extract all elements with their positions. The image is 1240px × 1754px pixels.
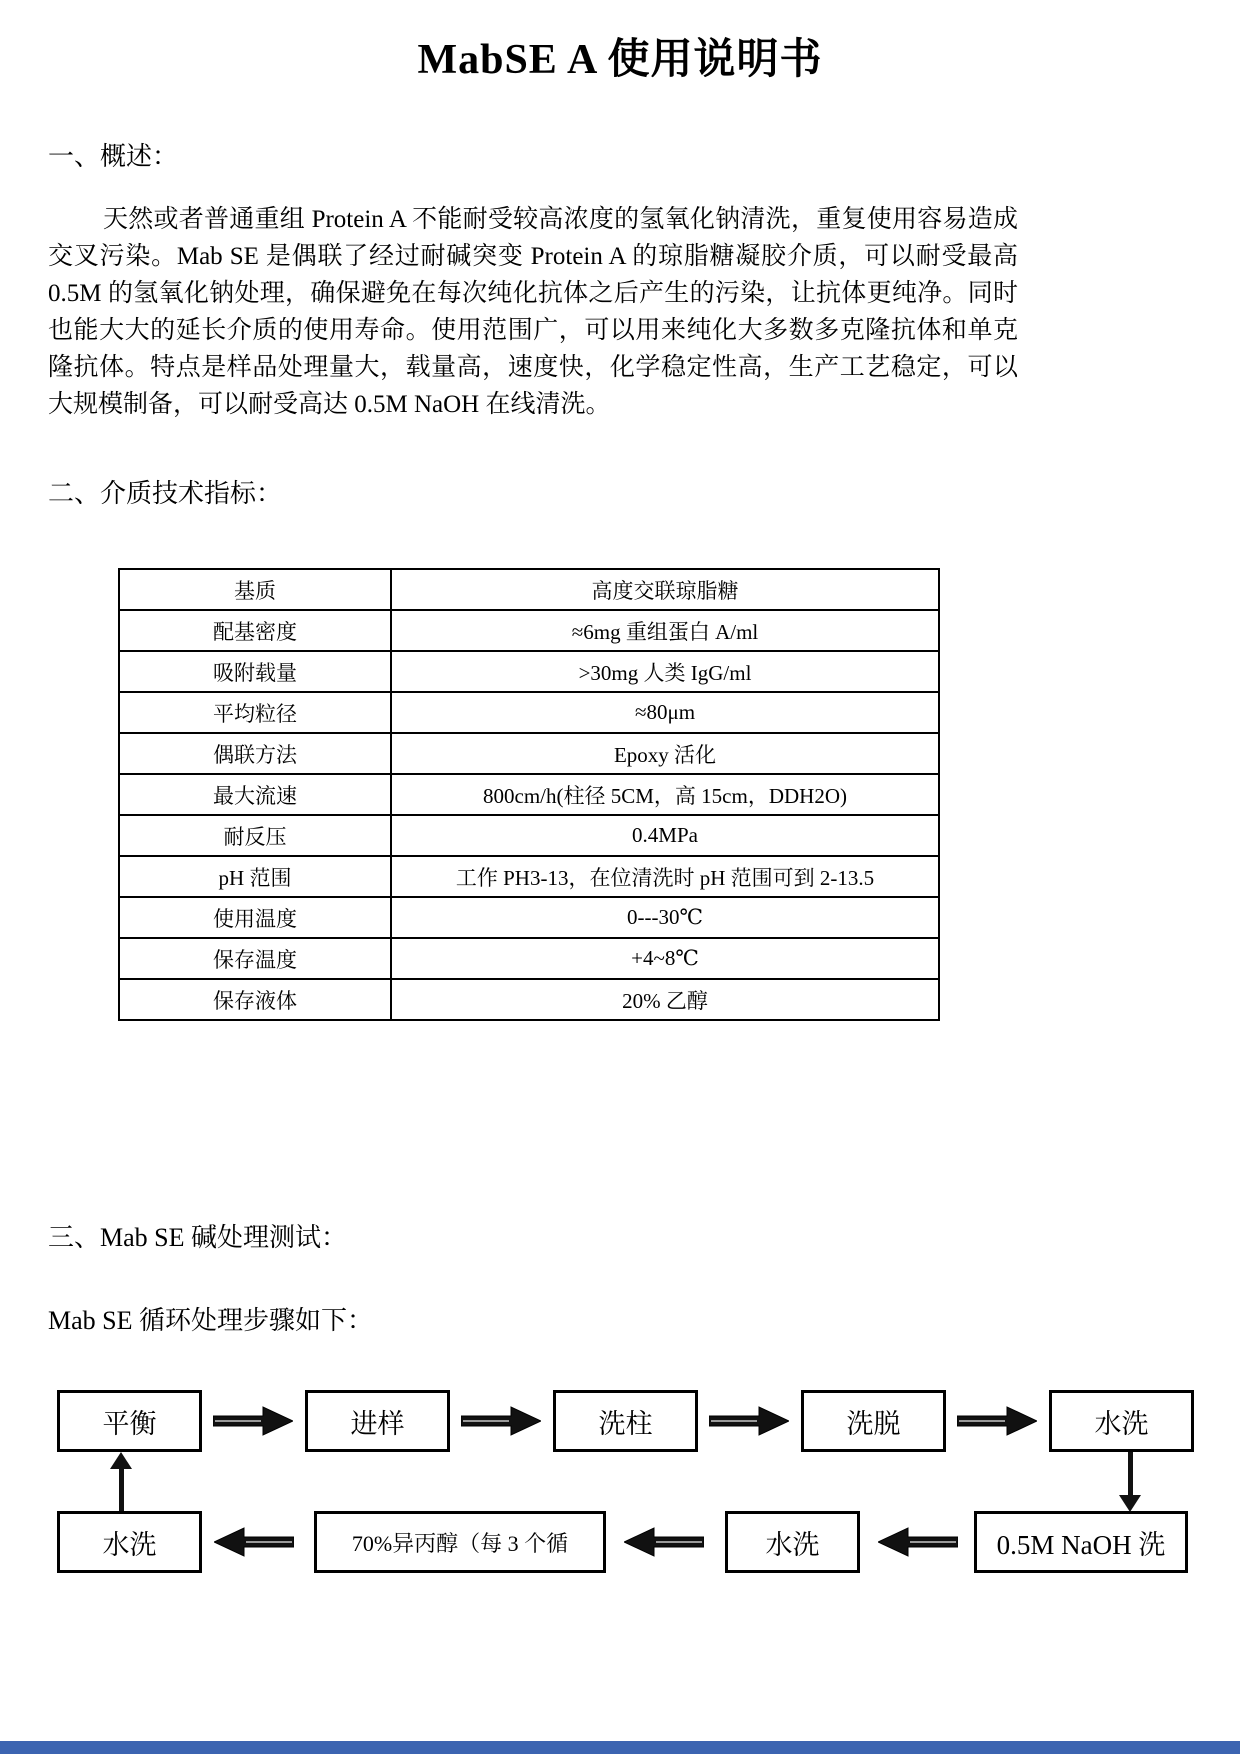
flow-step-wash-column: 洗柱 <box>553 1390 698 1452</box>
flow-arrow-down-icon <box>1119 1495 1141 1512</box>
process-flowchart: 平衡 进样 洗柱 洗脱 水洗 水洗 70%异丙醇（每 3 个循 水洗 0.5M … <box>0 1385 1240 1595</box>
spec-value: 工作 PH3-13，在位清洗时 pH 范围可到 2-13.5 <box>391 856 939 897</box>
table-row: 保存液体 20% 乙醇 <box>119 979 939 1020</box>
spec-value: +4~8℃ <box>391 938 939 979</box>
flow-connector-right <box>1128 1452 1133 1499</box>
spec-label: 耐反压 <box>119 815 391 856</box>
spec-label: 保存液体 <box>119 979 391 1020</box>
flow-connector-left <box>119 1468 124 1511</box>
page-title: MabSE A 使用说明书 <box>0 0 1240 86</box>
section3-subheading: Mab SE 循环处理步骤如下： <box>48 1300 1192 1337</box>
flow-arrow-right-icon <box>461 1404 541 1438</box>
spec-value: ≈80μm <box>391 692 939 733</box>
spec-value: 20% 乙醇 <box>391 979 939 1020</box>
table-row: 配基密度 ≈6mg 重组蛋白 A/ml <box>119 610 939 651</box>
table-row: 耐反压 0.4MPa <box>119 815 939 856</box>
flow-step-elute: 洗脱 <box>801 1390 946 1452</box>
spec-value: >30mg 人类 IgG/ml <box>391 651 939 692</box>
flow-arrow-left-icon <box>214 1525 294 1559</box>
spec-label: 吸附载量 <box>119 651 391 692</box>
spec-value: Epoxy 活化 <box>391 733 939 774</box>
spec-label: pH 范围 <box>119 856 391 897</box>
table-row: 吸附载量 >30mg 人类 IgG/ml <box>119 651 939 692</box>
section3-heading: 三、Mab SE 碱处理测试： <box>48 1217 1192 1254</box>
spec-label: 偶联方法 <box>119 733 391 774</box>
flow-step-equilibrate: 平衡 <box>57 1390 202 1452</box>
spec-label: 最大流速 <box>119 774 391 815</box>
spec-label: 配基密度 <box>119 610 391 651</box>
spec-value: ≈6mg 重组蛋白 A/ml <box>391 610 939 651</box>
flow-step-water-wash-bottom-mid: 水洗 <box>725 1511 860 1573</box>
flow-step-water-wash-top: 水洗 <box>1049 1390 1194 1452</box>
flow-arrow-right-icon <box>213 1404 293 1438</box>
table-row: 最大流速 800cm/h(柱径 5CM，高 15cm，DDH2O) <box>119 774 939 815</box>
spec-value: 0---30℃ <box>391 897 939 938</box>
spec-value: 800cm/h(柱径 5CM，高 15cm，DDH2O) <box>391 774 939 815</box>
flow-arrow-left-icon <box>878 1525 958 1559</box>
flow-arrow-left-icon <box>624 1525 704 1559</box>
spec-table: 基质 高度交联琼脂糖 配基密度 ≈6mg 重组蛋白 A/ml 吸附载量 >30m… <box>118 568 940 1021</box>
flow-step-load-sample: 进样 <box>305 1390 450 1452</box>
spec-value: 0.4MPa <box>391 815 939 856</box>
table-row: 平均粒径 ≈80μm <box>119 692 939 733</box>
table-row: pH 范围 工作 PH3-13，在位清洗时 pH 范围可到 2-13.5 <box>119 856 939 897</box>
section2-heading: 二、介质技术指标： <box>48 473 1192 510</box>
document-page: MabSE A 使用说明书 一、概述： 天然或者普通重组 Protein A 不… <box>0 0 1240 1754</box>
flow-arrow-right-icon <box>709 1404 789 1438</box>
table-row: 偶联方法 Epoxy 活化 <box>119 733 939 774</box>
bottom-blue-strip <box>0 1741 1240 1754</box>
spec-label: 平均粒径 <box>119 692 391 733</box>
spec-label: 保存温度 <box>119 938 391 979</box>
section1-heading: 一、概述： <box>48 136 1192 173</box>
flow-step-water-wash-bottom-left: 水洗 <box>57 1511 202 1573</box>
table-row: 基质 高度交联琼脂糖 <box>119 569 939 610</box>
spec-label: 基质 <box>119 569 391 610</box>
flow-step-naoh-wash: 0.5M NaOH 洗 <box>974 1511 1188 1573</box>
flow-step-isopropanol: 70%异丙醇（每 3 个循 <box>314 1511 606 1573</box>
section1-paragraph: 天然或者普通重组 Protein A 不能耐受较高浓度的氢氧化钠清洗，重复使用容… <box>48 201 1018 423</box>
spec-label: 使用温度 <box>119 897 391 938</box>
table-row: 使用温度 0---30℃ <box>119 897 939 938</box>
flow-arrow-up-icon <box>110 1452 132 1469</box>
table-row: 保存温度 +4~8℃ <box>119 938 939 979</box>
spec-value: 高度交联琼脂糖 <box>391 569 939 610</box>
flow-arrow-right-icon <box>957 1404 1037 1438</box>
